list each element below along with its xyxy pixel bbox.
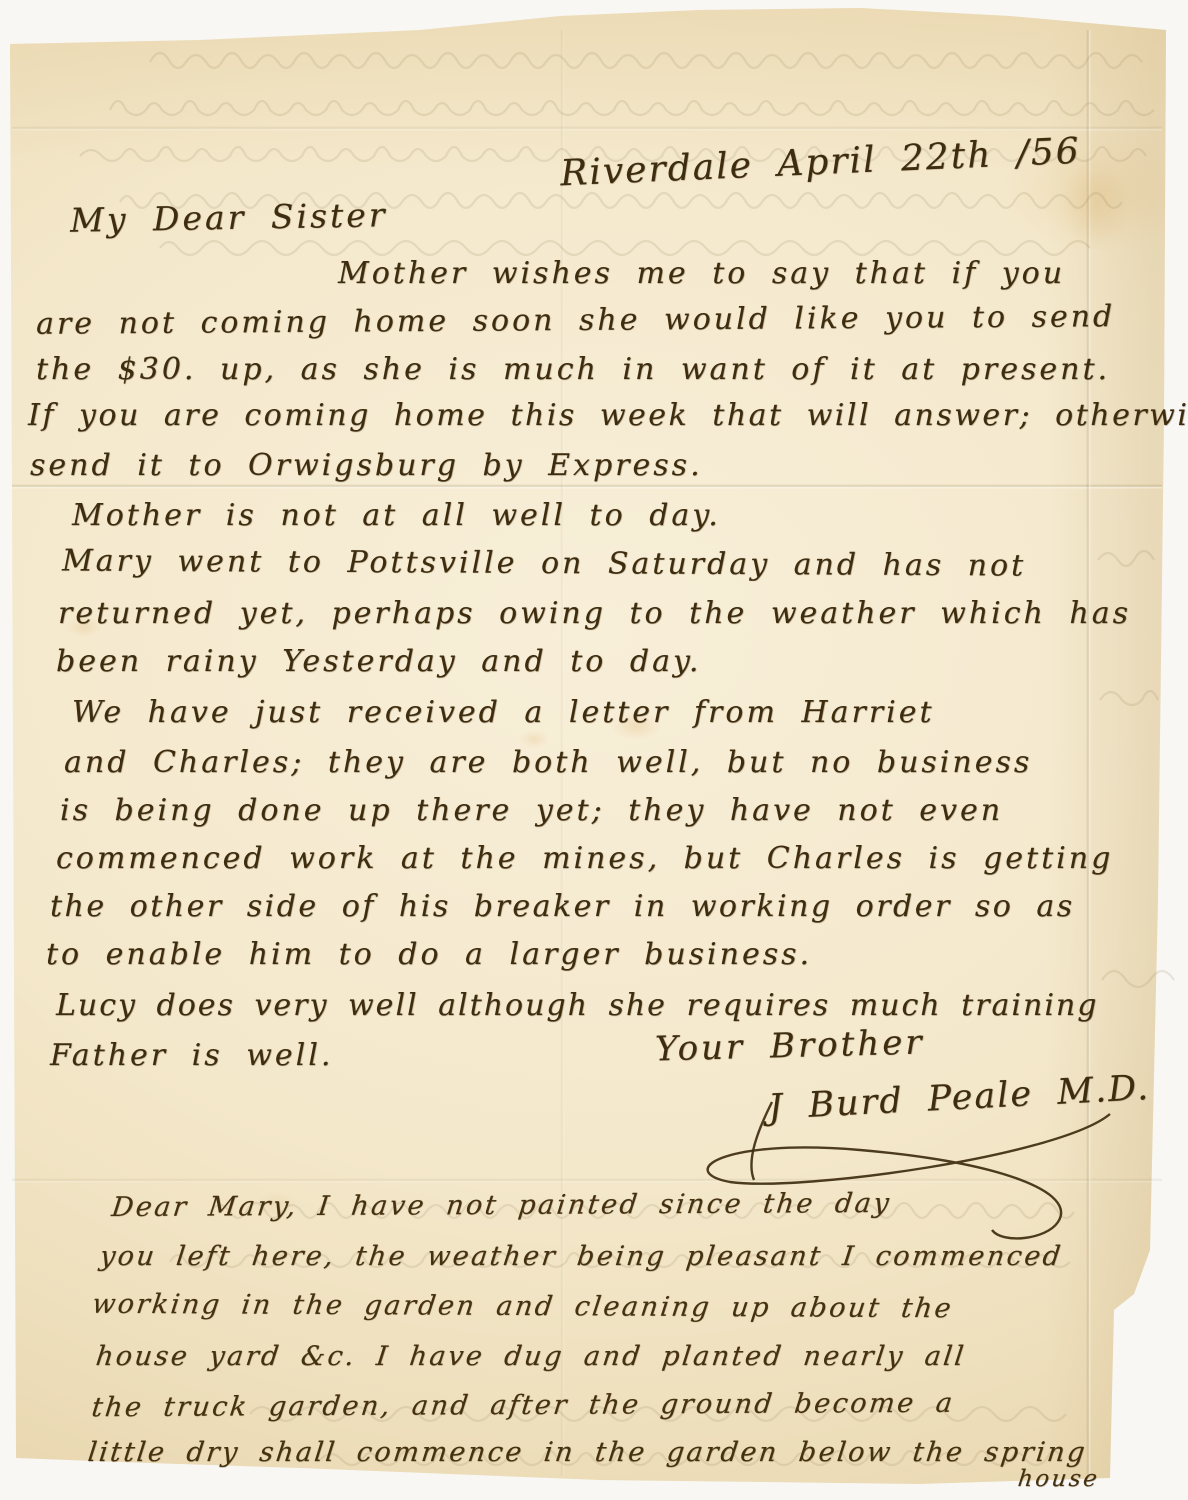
postscript-line: you left here, the weather being pleasan… [98, 1241, 1064, 1272]
postscript-line: Dear Mary, I have not painted since the … [110, 1188, 893, 1223]
letter-line: is being done up there yet; they have no… [60, 793, 1003, 828]
postscript-carryover-word: house [1016, 1466, 1101, 1492]
postscript-line: house yard &c. I have dug and planted ne… [94, 1341, 967, 1372]
letter-line: Mother is not at all well to day. [72, 498, 721, 533]
letter-line: been rainy Yesterday and to day. [56, 644, 701, 679]
letter-line: We have just received a letter from Harr… [72, 695, 935, 730]
letter-line: to enable him to do a larger business. [46, 937, 812, 972]
letter-line: the $30. up, as she is much in want of i… [36, 352, 1110, 387]
letter-line: Mary went to Pottsville on Saturday and … [62, 543, 1026, 583]
letter-line: returned yet, perhaps owing to the weath… [58, 596, 1131, 631]
letter-line: If you are coming home this week that wi… [28, 398, 1188, 433]
letter-line: send it to Orwigsburg by Express. [30, 448, 703, 483]
postscript-line: little dry shall commence in the garden … [86, 1437, 1089, 1468]
letter-line: and Charles; they are both well, but no … [64, 745, 1032, 780]
closing: Your Brother [655, 1022, 926, 1069]
letter-line: Lucy does very well although she require… [56, 988, 1098, 1023]
letter-line: Mother wishes me to say that if you [338, 256, 1065, 291]
postscript-line: working in the garden and cleaning up ab… [90, 1289, 955, 1325]
letter-line: commenced work at the mines, but Charles… [56, 841, 1113, 876]
postscript-line: the truck garden, and after the ground b… [90, 1388, 956, 1424]
letter-line: the other side of his breaker in working… [50, 889, 1075, 924]
letter-line: Father is well. [50, 1038, 333, 1073]
salutation: My Dear Sister [70, 195, 388, 240]
